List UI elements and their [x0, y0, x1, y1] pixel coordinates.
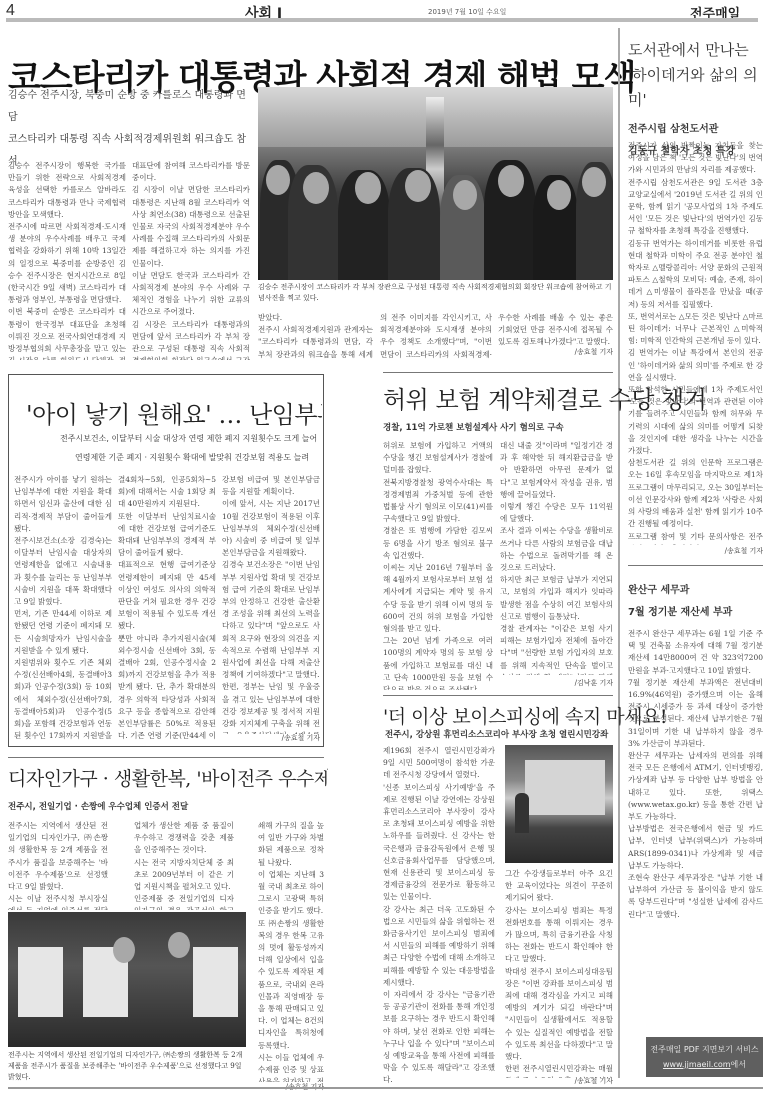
face [453, 180, 477, 210]
lead-photo [258, 87, 613, 280]
library-bottom-rule [628, 565, 763, 566]
library-body: 전주시가 삶의 반짝이는 가치들을 찾는 여정을 담은 책 '모든 것은 빛난다… [628, 140, 763, 545]
tax-headline-2: 7월 정기분 재산세 부과 [628, 602, 763, 624]
tax-headline-1: 완산구 세무과 [628, 580, 763, 602]
insurance-byline: /김낙훈 기자 [500, 678, 613, 688]
infertility-headline: '아이 낳기 원해요' … 난임부부 지원 확대 [26, 395, 322, 430]
face [498, 165, 524, 197]
certificate [193, 947, 238, 1017]
projection-screen [525, 760, 605, 815]
infertility-col-2: 결4회차~5회, 인공5회차~5회)에 대해서는 시술 1회당 최대 40만원까… [118, 474, 216, 742]
tax-article-header: 완산구 세무과 7월 정기분 재산세 부과 [628, 580, 763, 624]
voice-phishing-col-2: 그간 수강생들로부터 아주 요긴한 교육이었다는 의견이 꾸준히 제기되어 왔다… [505, 868, 613, 1078]
column-divider [618, 28, 620, 1078]
face [547, 180, 571, 210]
voice-phishing-byline: /송효철 기자 [505, 1076, 613, 1086]
face [303, 172, 329, 204]
design-col-3: 쇄해 가구의 질을 높여 일반 가구와 차별화된 제품으로 정착될 나왔다. 이… [258, 820, 324, 1082]
masthead: 4 사회 Ⅰ 2019년 7월 10일 수요일 전주매일 [0, 0, 769, 22]
face [113, 937, 135, 963]
tax-body: 전주시 완산구 세무과는 6월 1일 기준 주택 및 건축물 소유자에 대해 7… [628, 628, 763, 1023]
lecturer [515, 793, 529, 833]
library-byline: /송효철 기자 [628, 546, 763, 556]
lead-subhead-1: 김승수 전주시장, 북중미 순방 중 카를로스 대통령과 면담 [8, 85, 253, 129]
lead-col-2: 대표단에 참여해 코스타리카를 방문 중이다. 김 시장이 이날 면담한 코스타… [132, 160, 250, 360]
library-headline-1: 도서관에서 만나는 [628, 38, 763, 63]
website-link[interactable]: www.jjmaeil.com [663, 1060, 731, 1069]
issue-date: 2019년 7월 10일 수요일 [428, 7, 506, 17]
lead-col-5: 우수한 사례를 배울 수 있는 좋은 기회였던 만큼 전주시에 접목될 수 있도… [498, 312, 613, 348]
infertility-col-1: 전주시가 아이를 낳기 원하는 난임부부에 대한 지원을 확대하면서 임신과 출… [14, 474, 112, 742]
insurance-top-rule [383, 372, 613, 373]
header-rule [6, 18, 758, 22]
lead-col-1: 김승수 전주시장이 행복한 국가를 만들기 위한 전략으로 사회적경제 육성을 … [8, 160, 126, 360]
voice-phishing-subhead: 전주시, 강상원 휴먼리소스코리아 부사장 초청 열린시민강좌 [385, 728, 608, 740]
design-col-2: 업체가 생산한 제품 중 품질이 우수하고 경쟁력을 갖춘 제품을 인증해주는 … [134, 820, 234, 910]
pdf-service-suffix: 에서 [731, 1060, 746, 1069]
lecture-photo [505, 745, 613, 863]
face [168, 932, 190, 958]
lead-byline: /송효철 기자 [498, 347, 613, 357]
face [355, 172, 381, 204]
voice-phishing-col-1: 제196회 전주시 열린시민강좌가 9일 시민 500여명이 참석한 가운데 전… [383, 745, 495, 1085]
infertility-subhead-2: 연령제한 기준 폐지 · 지원횟수 확대에 발맞춰 건강보험 적용도 늘려 [75, 452, 309, 463]
pdf-service-link-line: www.jjmaeil.com에서 [646, 1059, 763, 1070]
infertility-col-3: 강보험 비급여 및 본인부담금 등을 지원할 계획이다. 이에 앞서, 시는 지… [222, 474, 320, 734]
voice-phishing-headline: '더 이상 보이스피싱에 속지 마세요! [383, 702, 667, 729]
face [266, 165, 290, 195]
lead-photo-caption: 김승수 전주시장이 코스타리카 각 부처 장관으로 구성된 대통령 직속 사회적… [258, 282, 613, 304]
lead-col-4: 의 전주 이미지를 각인시키고, 사회적경제분야와 도시재생 분야의 우수 정책… [380, 312, 492, 360]
insurance-col-2: 대신 내줄 것"이라며 "일정기간 경과 후 해약한 뒤 해지환급금을 받아 반… [500, 440, 613, 675]
certificate [18, 947, 63, 1017]
infertility-subhead-1: 전주시보건소, 이달부터 시술 대상자 연령 제한 폐지 지원횟수도 크게 늘어 [60, 433, 317, 444]
design-photo [8, 912, 246, 1047]
insurance-col-1: 허위로 보험에 가입하고 거액의 수당을 챙긴 보험설계사가 경찰에 덜미를 잡… [383, 440, 493, 690]
design-top-rule [8, 757, 324, 758]
design-photo-caption: 전주시는 지역에서 생산된 전일기업의 디자인가구, ㈜손짱의 생활한복 등 2… [8, 1050, 246, 1083]
library-headline-2: '하이데거와 삶의 의미' [628, 63, 763, 113]
design-subhead: 전주시, 전일기업 · 손짱에 우수업체 인증서 전달 [8, 800, 188, 812]
face [405, 170, 431, 202]
infertility-byline: /송효철 기자 [222, 733, 320, 743]
face [582, 167, 606, 197]
design-col-1: 전주시는 지역에서 생산된 전일기업의 디자인가구, ㈜손짱의 생활한복 등 2… [8, 820, 108, 910]
library-subhead-1: 전주시립 삼천도서관 [628, 119, 763, 141]
lead-col-3: 받았다. 전주시 사회적경제지원과 관계자는 "코스타리카 대통령과의 면담, … [258, 312, 373, 360]
insurance-subhead: 경찰, 11억 가로챈 보험설계사 사기 혐의로 구속 [383, 421, 564, 433]
pdf-service-box: 전주매일 PDF 지면보기 서비스 www.jjmaeil.com에서 [646, 1037, 763, 1077]
design-headline: 디자인가구 · 생활한복, '바이전주 우수제품' 되다 [8, 764, 328, 791]
voice-phishing-top-rule [383, 695, 613, 696]
footer-rule [8, 1087, 763, 1089]
pdf-service-label: 전주매일 PDF 지면보기 서비스 [646, 1044, 763, 1055]
